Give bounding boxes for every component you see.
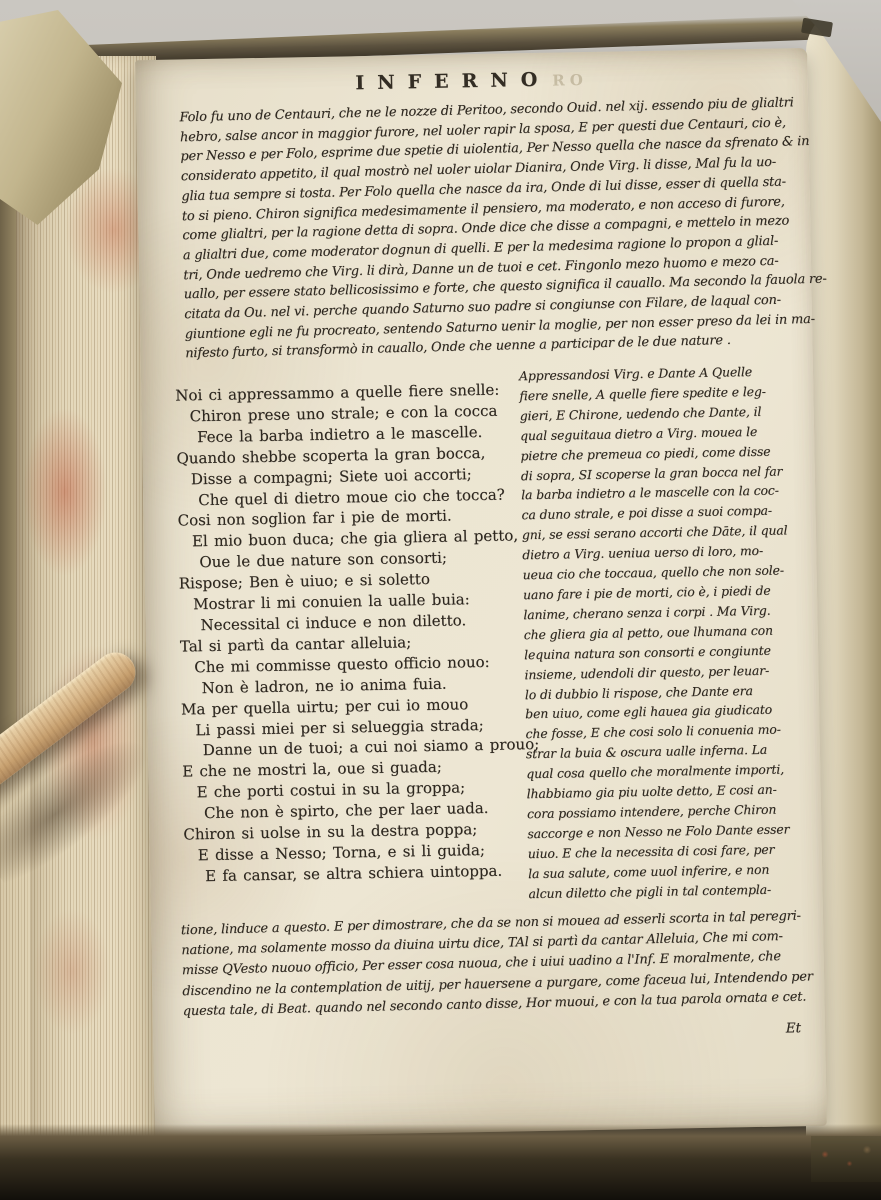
bottom-edge-speckles: [811, 1136, 881, 1182]
table-surface: [0, 1124, 881, 1200]
right-commentary-column: Appressandosi Virg. e Dante A Quellefier…: [519, 361, 801, 903]
page-header: INFERNORO: [135, 64, 807, 98]
book-page: INFERNORO Folo fu uno de Centauri, che n…: [135, 48, 827, 1138]
commentary-line: alcun diletto che pigli in tal contempla…: [528, 879, 800, 904]
top-commentary-block: Folo fu uno de Centauri, che ne le nozze…: [179, 94, 789, 365]
poem-column: Noi ci appressammo a quelle fiere snelle…: [175, 379, 524, 887]
running-title: INFERNO: [355, 69, 550, 95]
show-through-ghost-text: RO: [552, 71, 588, 90]
book-photograph: INFERNORO Folo fu uno de Centauri, che n…: [0, 0, 881, 1200]
catchword: Et: [786, 1020, 802, 1036]
bottom-commentary-block: tione, linduce a questo. E per dimostrar…: [181, 906, 819, 1022]
